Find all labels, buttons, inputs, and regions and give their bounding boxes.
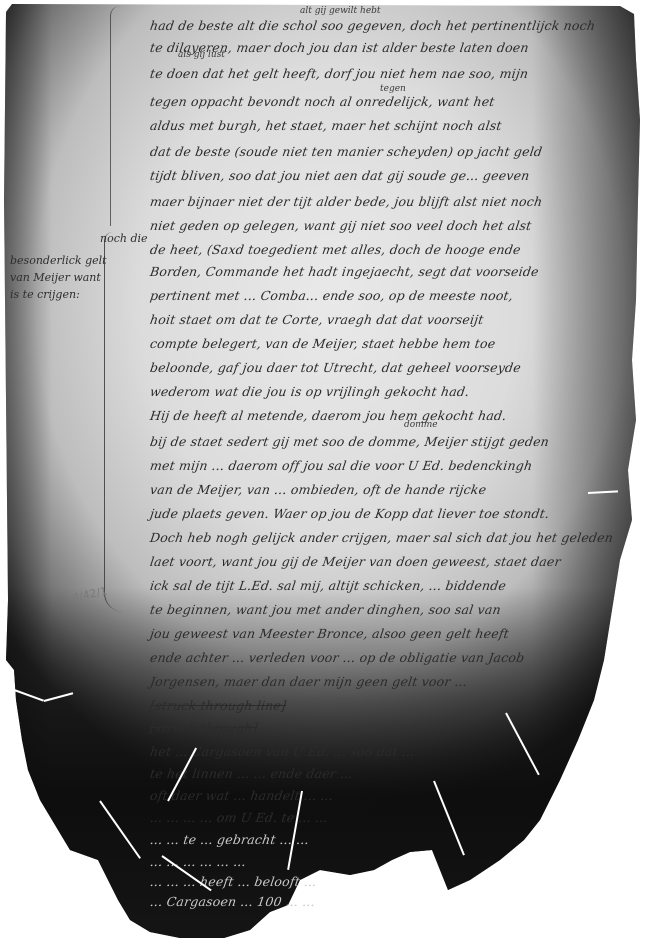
manuscript-line: jude plaets geven. Waer op jou de Kopp d… [149,508,550,521]
manuscript-line: dat de beste (soude niet ten manier sche… [149,146,543,159]
manuscript-line: jou geweest van Meester Bronce, alsoo ge… [149,628,510,641]
manuscript-line: wederom wat die jou is op vrijlingh geko… [149,386,470,399]
manuscript-line: had de beste alt die schol soo gegeven, … [149,20,596,33]
manuscript-line: bij de staet sedert gij met soo de domme… [149,436,550,449]
manuscript-line: hoit staet om dat te Corte, vraegh dat d… [149,314,484,327]
manuscript-line: beloonde, gaf jou daer tot Utrecht, dat … [149,362,522,375]
manuscript-line: van de Meijer, van ... ombieden, oft de … [149,484,487,497]
margin-note: besonderlick gelt van Meijer want is te … [10,252,120,303]
manuscript-line: laet voort, want jou gij de Meijer van d… [149,556,561,569]
manuscript-line: maer bijnaer niet der tijt alder bede, j… [149,196,543,209]
manuscript-line: Doch heb nogh gelijck ander crijgen, mae… [149,532,614,545]
manuscript-line: tegen oppacht bevondt noch al onredelijc… [149,96,495,109]
manuscript-line: te dilayeren, maer doch jou dan ist alde… [149,42,529,55]
interlinear-note-line4: tegen [380,84,406,94]
manuscript-line: te beginnen, want jou met ander dinghen,… [149,604,502,617]
left-margin-rule [110,6,151,226]
manuscript-line: pertinent met ... Comba... ende soo, op … [149,290,514,303]
manuscript-line: ende achter ... verleden voor ... op de … [149,652,525,665]
manuscript-line: ... ... ... ... om U Ed. te ... ... [149,812,328,825]
manuscript-line: oft daer wat ... handelt ... ... [149,790,334,803]
margin-note-line: besonderlick gelt [10,252,120,269]
manuscript-line: ... ... te ... gebracht ... ... [149,834,310,847]
manuscript-line: tijdt bliven, soo dat jou niet aen dat g… [149,170,530,183]
interlinear-note-top: alt gij gewilt hebt [300,6,381,16]
manuscript-line: ... ... ... heeft ... belooft ... [149,876,317,889]
manuscript-line: compte belegert, van de Meijer, staet he… [149,338,496,351]
paper-sheet [0,0,649,947]
margin-note-lead: noch die [100,232,148,245]
manuscript-line: ick sal de tijt L.Ed. sal mij, altijt sc… [149,580,507,593]
manuscript-line-struck: [struck through] [149,722,258,735]
manuscript-line: te doen dat het gelt heeft, dorf jou nie… [149,68,529,81]
manuscript-line-struck: [struck through line] [149,700,287,713]
manuscript-scan: alt gij gewilt hebt als gij lust tegen d… [0,0,649,947]
margin-note-line: is te crijgen: [10,286,120,303]
manuscript-line: Borden, Commande het hadt ingejaecht, se… [149,266,539,279]
manuscript-line: de heet, (Saxd toegedient met alles, doc… [149,244,521,257]
manuscript-line: Hij de heeft al metende, daerom jou hem … [149,410,507,423]
manuscript-line: ... Cargasoen ... 100 ... ... [149,896,316,909]
manuscript-line: niet geden op gelegen, want gij niet soo… [149,220,532,233]
manuscript-line: Jorgensen, maer dan daer mijn geen gelt … [149,676,468,689]
manuscript-line: met mijn ... daerom off jou sal die voor… [149,460,533,473]
margin-note-line: van Meijer want [10,269,120,286]
manuscript-line: aldus met burgh, het staet, maer het sch… [149,120,502,133]
